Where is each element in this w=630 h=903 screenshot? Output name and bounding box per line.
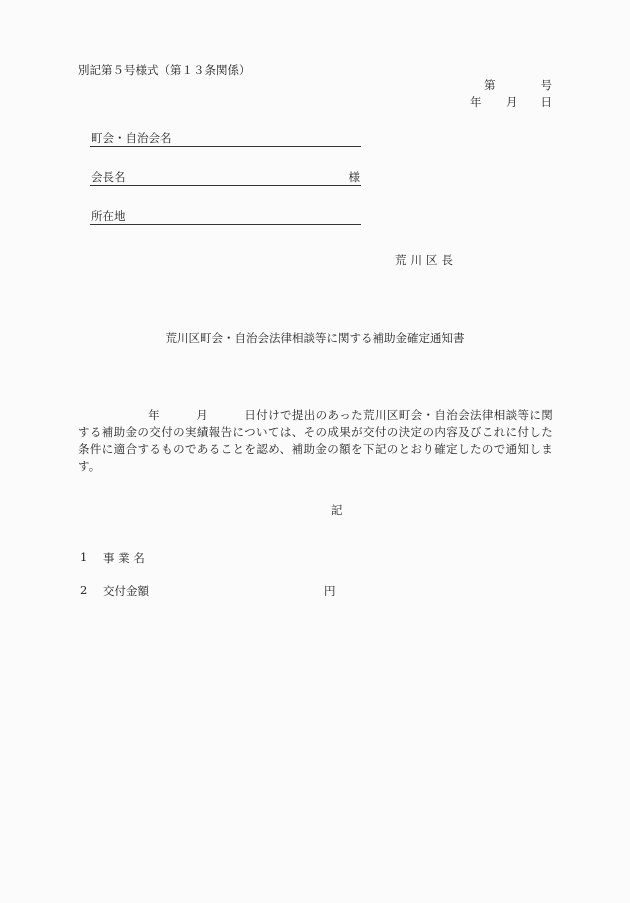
item-label: 交付金額 [103,583,149,599]
item-unit: 円 [324,583,336,599]
date-month: 月 [506,97,518,109]
ki-heading: 記 [331,505,343,517]
body-date-month: 月 [196,408,208,422]
item-number: 2 [80,583,87,597]
reference-suffix: 号 [541,80,553,92]
form-number: 別記第５号様式（第１３条関係） [78,65,251,77]
body-paragraph: 年月日付けで提出のあった荒川区町会・自治会法律相談等に関する補助金の交付の実績報… [78,407,553,475]
field-address: 所在地 [90,208,361,225]
field-label: 会長名 [91,169,126,185]
field-label: 所在地 [91,208,126,224]
field-suffix: 様 [349,169,361,185]
reference-prefix: 第 [484,78,496,92]
reference-number: 第 号 [484,80,552,92]
field-president-name: 会長名 様 [90,169,361,186]
date-year: 年 [470,97,482,109]
document-title: 荒川区町会・自治会法律相談等に関する補助金確定通知書 [0,333,630,345]
date-day: 日 [541,97,553,109]
field-association-name: 町会・自治会名 [90,130,361,147]
field-label: 町会・自治会名 [91,130,172,146]
issuer: 荒川区長 [395,255,457,267]
item-label: 事 業 名 [103,550,145,566]
item-number: 1 [80,550,87,564]
body-date-year: 年 [148,408,160,422]
